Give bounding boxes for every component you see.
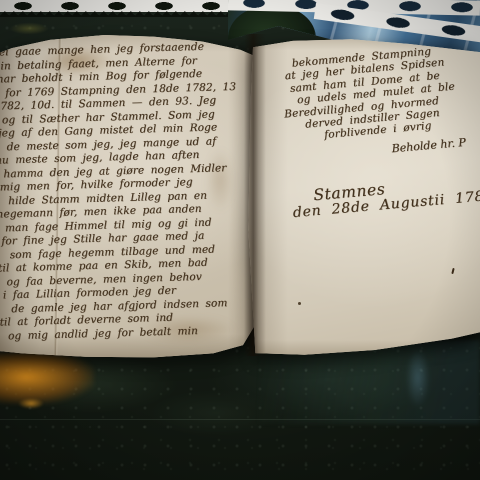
letter-right-page-wrapper: bekommende Stampning at jeg her bitalens…	[246, 36, 480, 358]
ink-speck	[298, 302, 301, 305]
countertop-front-face	[0, 419, 480, 480]
serrated-edge	[0, 11, 242, 17]
letter-left-page-wrapper: bei gaae mange hen jeg forstaaende in be…	[0, 30, 262, 360]
right-page-handwriting: bekommende Stampning at jeg her bitalens…	[279, 38, 480, 221]
left-page-handwriting: bei gaae mange hen jeg forstaaende in be…	[0, 39, 261, 343]
amber-light-reflection-small	[18, 398, 44, 409]
photo-of-handwritten-letter: bei gaae mange hen jeg forstaaende in be…	[0, 0, 480, 480]
ink-speck	[451, 268, 454, 274]
letter-right-page: bekommende Stampning at jeg her bitalens…	[246, 36, 480, 358]
letter-spine-shadow	[244, 34, 266, 356]
letter-left-page: bei gaae mange hen jeg forstaaende in be…	[0, 30, 262, 360]
